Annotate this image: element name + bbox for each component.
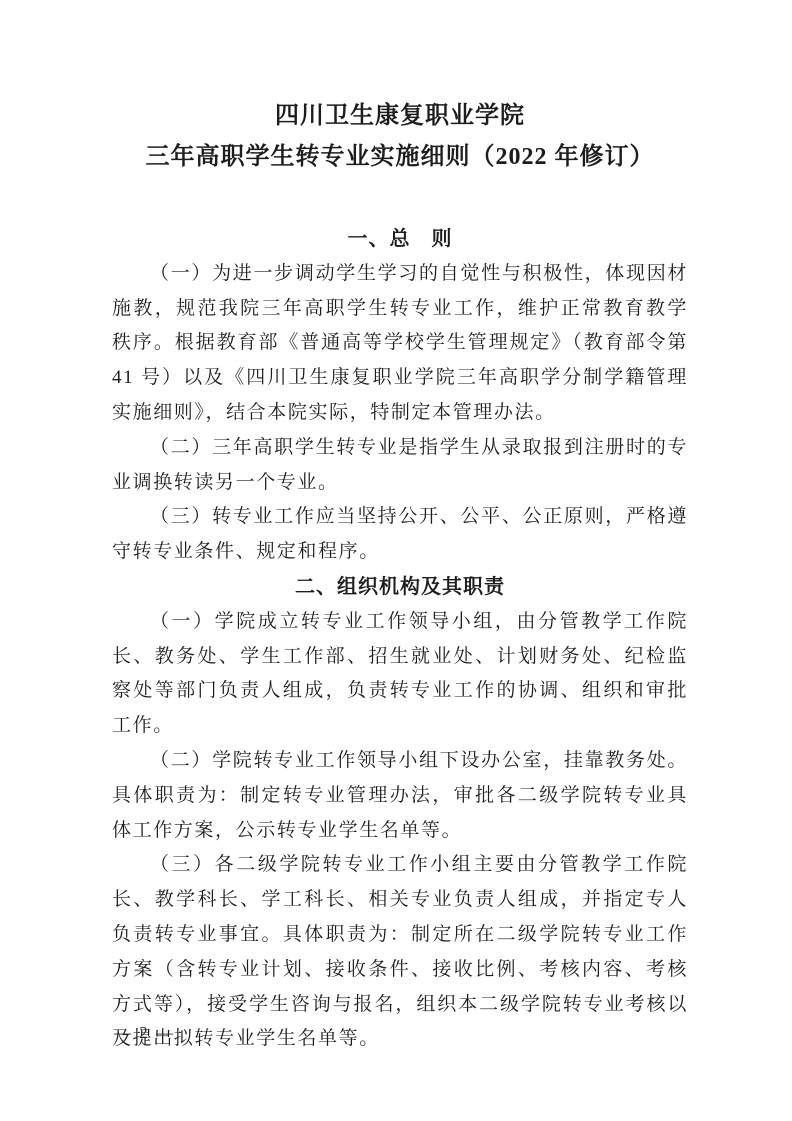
body-paragraph: （二）三年高职学生转专业是指学生从录取报到注册时的专业调换转读另一个专业。: [112, 431, 688, 501]
document-content: 四川卫生康复职业学院 三年高职学生转专业实施细则（2022 年修订） 一、总 则…: [112, 96, 688, 1057]
body-paragraph: （三）转专业工作应当坚持公开、公平、公正原则，严格遵守转专业条件、规定和程序。: [112, 500, 688, 570]
body-paragraph: （一）为进一步调动学生学习的自觉性与积极性，体现因材施教，规范我院三年高职学生转…: [112, 257, 688, 431]
body-paragraph: （二）学院转专业工作领导小组下设办公室，挂靠教务处。具体职责为：制定转专业管理办…: [112, 744, 688, 848]
doc-title-line-1: 四川卫生康复职业学院: [112, 96, 688, 137]
body-paragraph: （三）各二级学院转专业工作小组主要由分管教学工作院长、教学科长、学工科长、相关专…: [112, 848, 688, 1057]
section-heading-general-provisions: 一、总 则: [112, 222, 688, 257]
body-paragraph: （一）学院成立转专业工作领导小组，由分管教学工作院长、教务处、学生工作部、招生就…: [112, 605, 688, 744]
section-heading-organization-duties: 二、组织机构及其职责: [112, 570, 688, 605]
title-spacer: [112, 178, 688, 222]
page-number: — 2 —: [114, 1022, 175, 1044]
document-page: 四川卫生康复职业学院 三年高职学生转专业实施细则（2022 年修订） 一、总 则…: [0, 0, 792, 1121]
doc-title-line-2: 三年高职学生转专业实施细则（2022 年修订）: [112, 137, 688, 178]
